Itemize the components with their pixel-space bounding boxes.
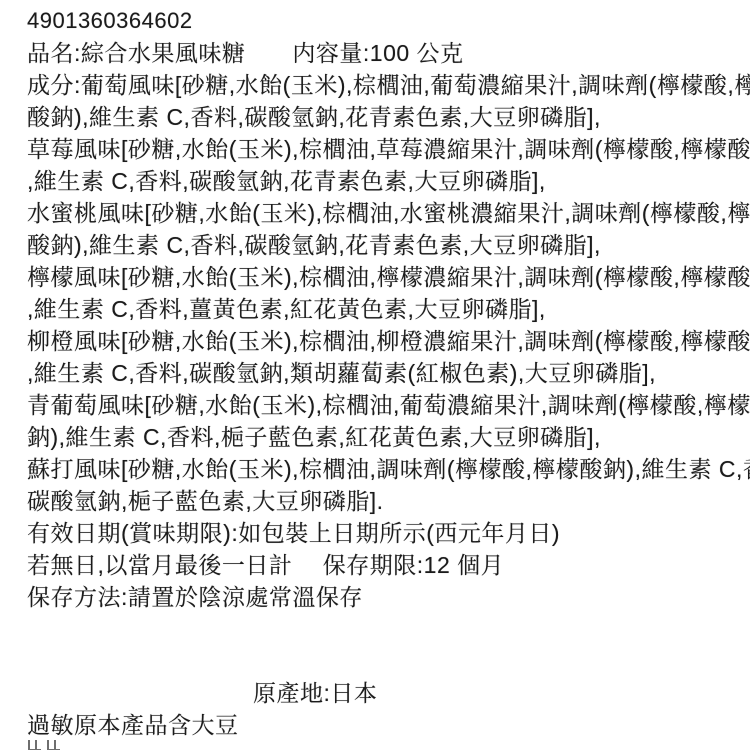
origin-line: 原產地:日本 (27, 677, 744, 709)
ingredients-line-1: 成分:葡萄風味[砂糖,水飴(玉米),棕櫚油,葡萄濃縮果汁,調味劑(檸檬酸,檸檬 (27, 69, 744, 101)
ingredients-line-6: 酸鈉),維生素 C,香料,碳酸氫鈉,花青素色素,大豆卵磷脂], (27, 229, 744, 261)
cutoff-character-top (47, 740, 60, 750)
allergen-line: 過敏原本產品含大豆 (27, 709, 744, 741)
ingredients-line-10: ,維生素 C,香料,碳酸氫鈉,類胡蘿蔔素(紅椒色素),大豆卵磷脂], (27, 357, 744, 389)
ingredients-line-13: 蘇打風味[砂糖,水飴(玉米),棕櫚油,調味劑(檸檬酸,檸檬酸鈉),維生素 C,香… (27, 453, 744, 485)
ingredients-line-5: 水蜜桃風味[砂糖,水飴(玉米),棕櫚油,水蜜桃濃縮果汁,調味劑(檸檬酸,檸檬 (27, 197, 744, 229)
expiry-line-2: 若無日,以當月最後一日計 保存期限:12 個月 (27, 549, 744, 581)
product-name-line: 品名:綜合水果風味糖 内容量:100 公克 (27, 37, 744, 69)
spacer-row (27, 613, 744, 645)
ingredients-line-8: ,維生素 C,香料,薑黃色素,紅花黃色素,大豆卵磷脂], (27, 293, 744, 325)
spacer-row (27, 645, 744, 677)
barcode-number: 4901360364602 (27, 5, 744, 37)
ingredients-line-2: 酸鈉),維生素 C,香料,碳酸氫鈉,花青素色素,大豆卵磷脂], (27, 101, 744, 133)
ingredients-line-12: 鈉),維生素 C,香料,梔子藍色素,紅花黃色素,大豆卵磷脂], (27, 421, 744, 453)
cutoff-text-fragment (28, 740, 64, 750)
ingredients-line-9: 柳橙風味[砂糖,水飴(玉米),棕櫚油,柳橙濃縮果汁,調味劑(檸檬酸,檸檬酸鈉) (27, 325, 744, 357)
ingredients-line-3: 草莓風味[砂糖,水飴(玉米),棕櫚油,草莓濃縮果汁,調味劑(檸檬酸,檸檬酸鈉) (27, 133, 744, 165)
label-text-block: 4901360364602 品名:綜合水果風味糖 内容量:100 公克 成分:葡… (27, 5, 744, 741)
cutoff-character-top (28, 740, 41, 750)
storage-line: 保存方法:請置於陰涼處常溫保存 (27, 581, 744, 613)
ingredients-line-11: 青葡萄風味[砂糖,水飴(玉米),棕櫚油,葡萄濃縮果汁,調味劑(檸檬酸,檸檬酸 (27, 389, 744, 421)
ingredients-line-4: ,維生素 C,香料,碳酸氫鈉,花青素色素,大豆卵磷脂], (27, 165, 744, 197)
ingredients-line-7: 檸檬風味[砂糖,水飴(玉米),棕櫚油,檸檬濃縮果汁,調味劑(檸檬酸,檸檬酸鈉) (27, 261, 744, 293)
ingredients-line-14: 碳酸氫鈉,梔子藍色素,大豆卵磷脂]. (27, 485, 744, 517)
expiry-line-1: 有效日期(賞味期限):如包裝上日期所示(西元年月日) (27, 517, 744, 549)
product-label-document: 4901360364602 品名:綜合水果風味糖 内容量:100 公克 成分:葡… (0, 0, 750, 750)
